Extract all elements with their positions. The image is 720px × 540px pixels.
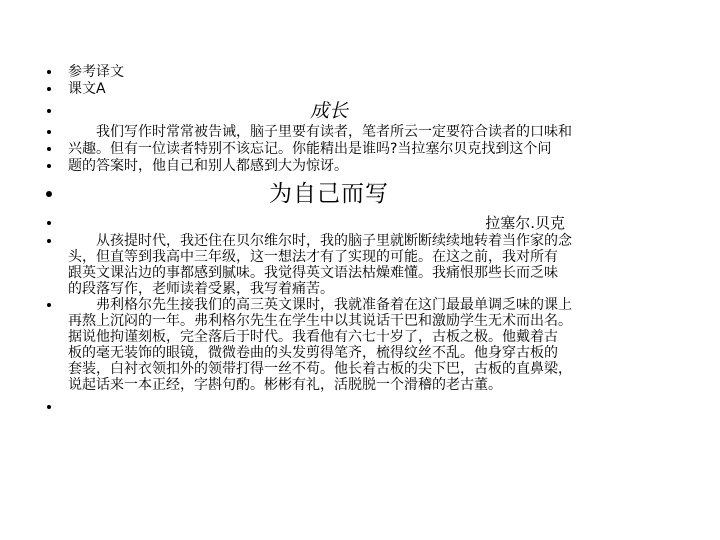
- paragraph-line: 套装，白衬衣领扣外的领带打得一丝不苟。他长着古板的尖下巴，古板的直鼻梁，: [68, 361, 660, 377]
- bullet-icon: [46, 191, 52, 197]
- author-line: 拉塞尔.贝克: [46, 213, 666, 233]
- bullet-icon: [47, 303, 51, 307]
- author-label: 拉塞尔.贝克: [68, 213, 660, 233]
- bullet-icon: [47, 109, 51, 113]
- bullet-line-label: 题的答案时，他自己和别人都感到大为惊讶。: [68, 158, 660, 175]
- slide-title: 为自己而写: [46, 175, 666, 213]
- bullet-line-label: 我们写作时常常被告诫，脑子里要有读者，笔者所云一定要符合读者的口味和: [68, 124, 660, 141]
- bullet-icon: [47, 239, 51, 243]
- paragraph: 弗利格尔先生接我们的高三英文课时，我就准备着在这门最最单调乏味的课上 再熬上沉闷…: [46, 297, 666, 393]
- paragraph-line: 据说他拘谨刻板，完全落后于时代。我看他有六七十岁了，古板之极。他戴着古: [68, 329, 660, 345]
- section-title: 成长: [46, 98, 666, 124]
- paragraph-line: 说起话来一本正经，字斟句酌。彬彬有礼，活脱脱一个滑稽的老古董。: [68, 377, 660, 393]
- bullet-line-label: 课文A: [68, 81, 660, 98]
- bullet-icon: [47, 147, 51, 151]
- bullet-icon: [47, 164, 51, 168]
- bullet-icon: [47, 87, 51, 91]
- slide-content: 参考译文 课文A 成长 我们写作时常常被告诫，脑子里要有读者，笔者所云一定要符合…: [46, 64, 666, 416]
- bullet-icon: [47, 221, 51, 225]
- paragraph-line: 再熬上沉闷的一年。弗利格尔先生在学生中以其说话干巴和激励学生无术而出名。: [68, 313, 660, 329]
- bullet-line: 兴趣。但有一位读者特别不该忘记。你能精出是谁吗?当拉塞尔贝克找到这个问: [46, 141, 666, 158]
- paragraph-line: 头，但直等到我高中三年级，这一想法才有了实现的可能。在这之前，我对所有: [68, 249, 660, 265]
- paragraph-line: 跟英文课沾边的事都感到腻味。我觉得英文语法枯燥难懂。我痛恨那些长而乏味: [68, 265, 660, 281]
- bullet-icon: [47, 70, 51, 74]
- section-title-label: 成长: [68, 98, 660, 124]
- bullet-line-label: 兴趣。但有一位读者特别不该忘记。你能精出是谁吗?当拉塞尔贝克找到这个问: [68, 141, 660, 158]
- paragraph: 从孩提时代，我还住在贝尔维尔时，我的脑子里就断断续续地转着当作家的念 头，但直等…: [46, 233, 666, 297]
- paragraph-line: 从孩提时代，我还住在贝尔维尔时，我的脑子里就断断续续地转着当作家的念: [68, 233, 660, 249]
- paragraph-line: 的段落写作，老师读着受累，我写着痛苦。: [68, 281, 660, 297]
- bullet-line: 题的答案时，他自己和别人都感到大为惊讶。: [46, 158, 666, 175]
- bullet-line: 课文A: [46, 81, 666, 98]
- empty-bullet-line: [46, 399, 666, 416]
- slide: 参考译文 课文A 成长 我们写作时常常被告诫，脑子里要有读者，笔者所云一定要符合…: [0, 0, 720, 540]
- bullet-line: 参考译文: [46, 64, 666, 81]
- bullet-icon: [47, 405, 51, 409]
- paragraph-line: 弗利格尔先生接我们的高三英文课时，我就准备着在这门最最单调乏味的课上: [68, 297, 660, 313]
- paragraph-line: 板的毫无装饰的眼镜，微微卷曲的头发剪得笔齐，梳得纹丝不乱。他身穿古板的: [68, 345, 660, 361]
- slide-title-label: 为自己而写: [68, 175, 660, 213]
- bullet-line-label: 参考译文: [68, 64, 660, 81]
- bullet-icon: [47, 130, 51, 134]
- bullet-line: 我们写作时常常被告诫，脑子里要有读者，笔者所云一定要符合读者的口味和: [46, 124, 666, 141]
